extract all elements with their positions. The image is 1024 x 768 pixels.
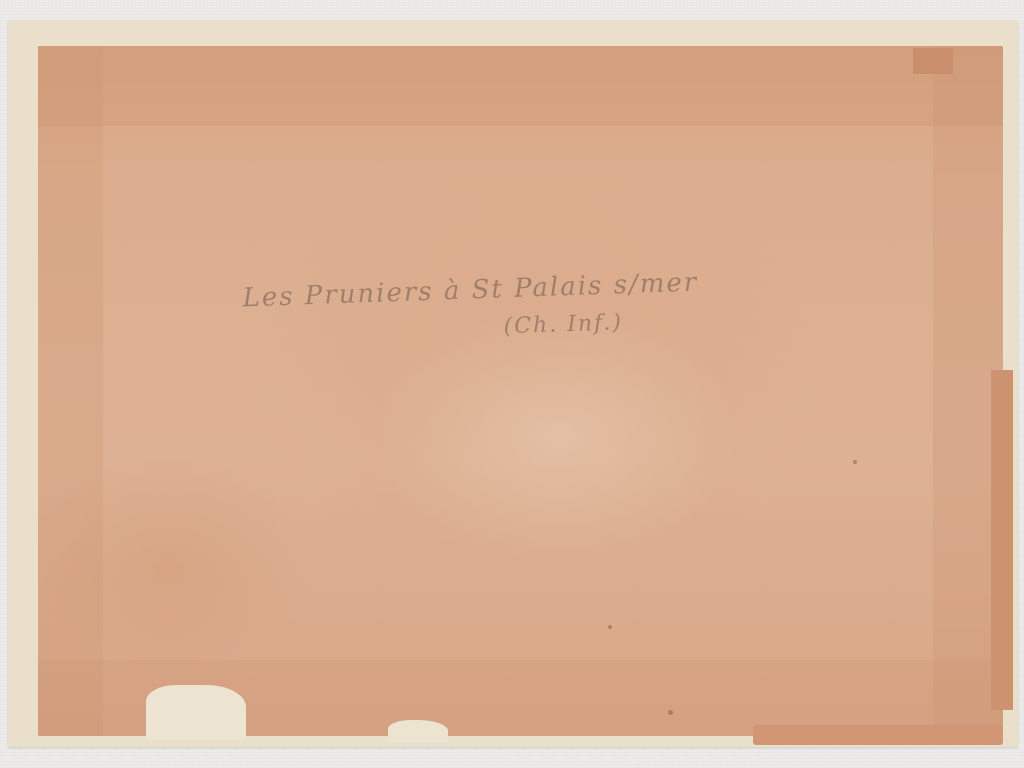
paper-tear: [146, 685, 246, 740]
backing-paper: [38, 46, 1003, 736]
stain-band-top: [38, 46, 1003, 126]
mounting-board: Les Pruniers à St Palais s/mer (Ch. Inf.…: [8, 20, 1018, 747]
stain-spot: [668, 710, 673, 715]
tape-strip-right: [991, 370, 1013, 710]
tape-strip-bottom: [753, 725, 1003, 745]
stain-spot: [853, 460, 857, 464]
stain-band-left: [38, 46, 103, 736]
paper-tear: [388, 720, 448, 742]
tape-remnant: [913, 48, 953, 74]
stain-spot: [608, 625, 612, 629]
